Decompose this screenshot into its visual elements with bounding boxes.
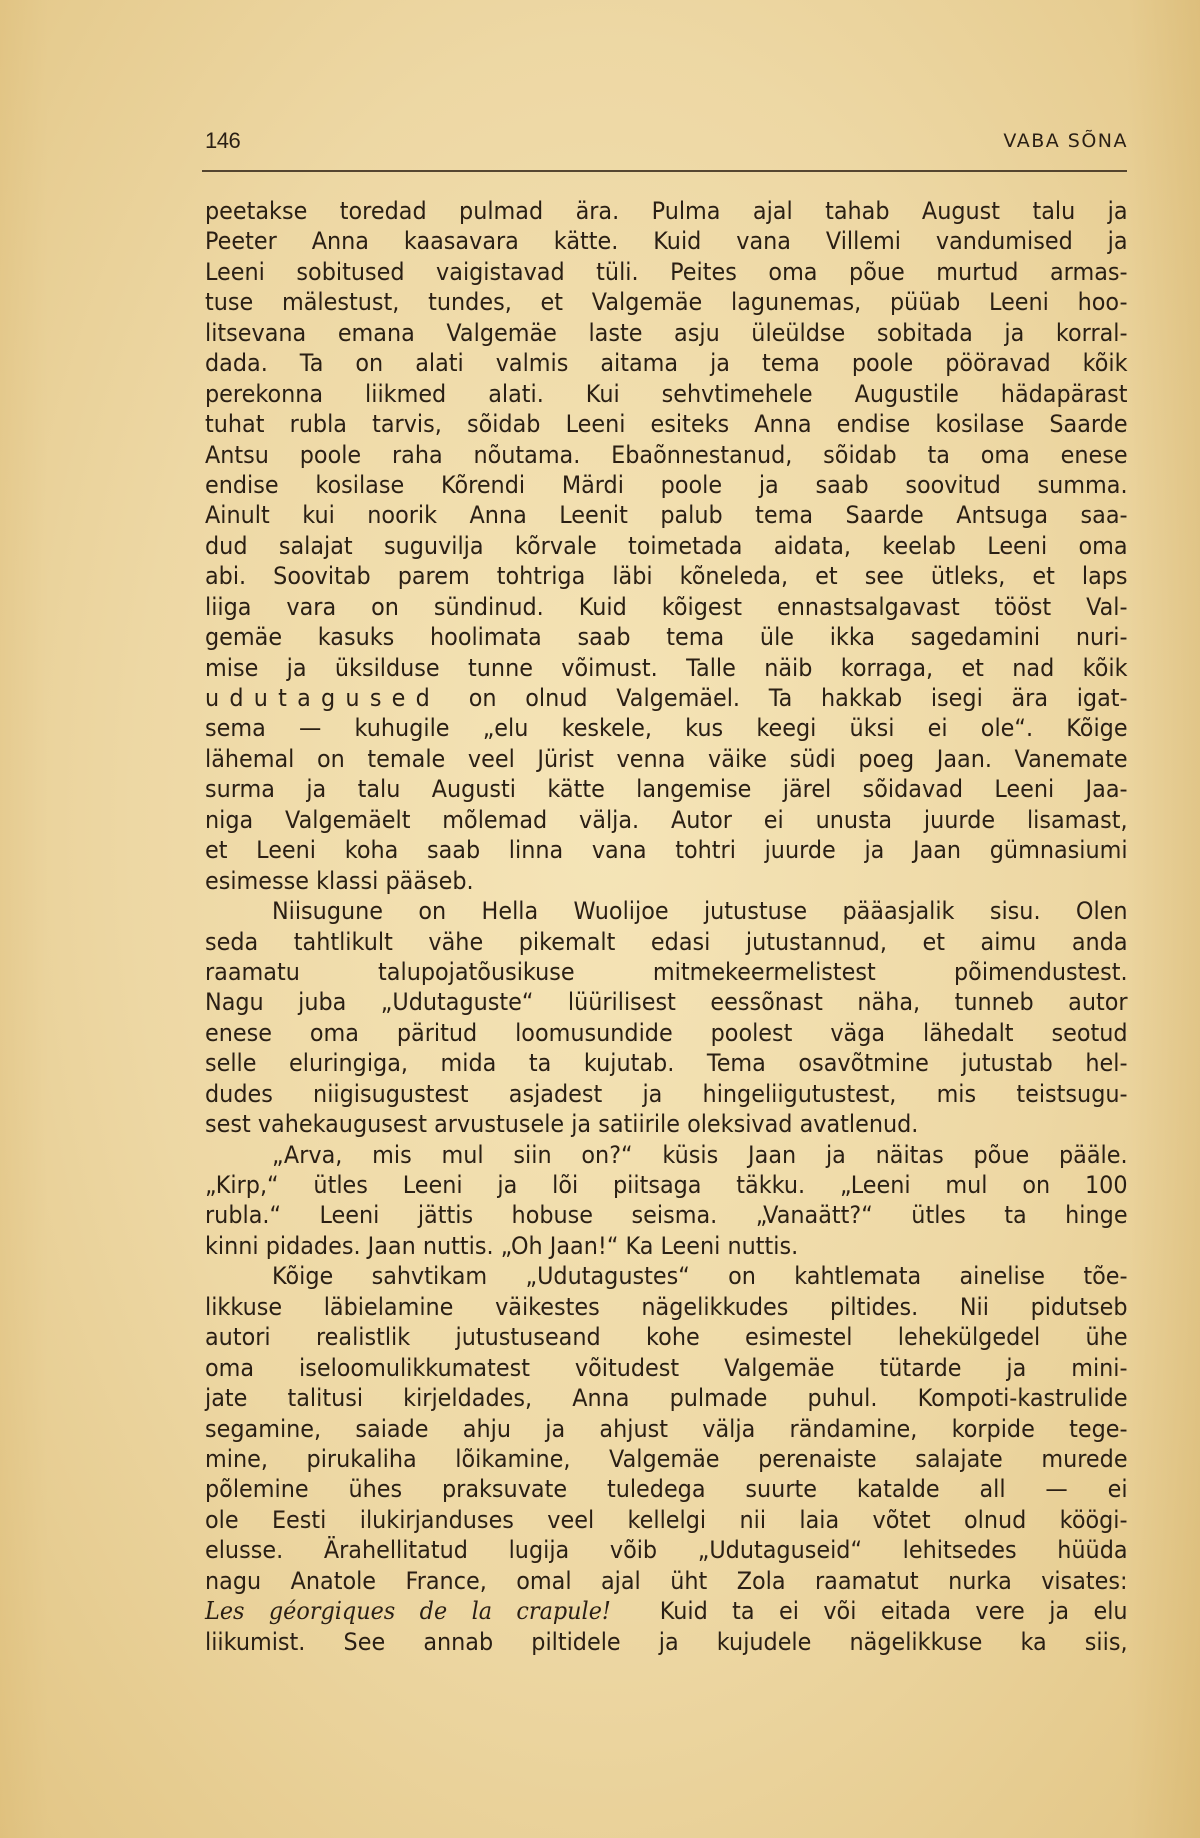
text-line: perekonna liikmed alati. Kui sehvtimehel… — [205, 379, 1128, 409]
text-line: sema — kuhugile „elu keskele, kus keegi … — [205, 713, 1128, 743]
text-line: likkuse läbielamine väikestes nägelikkud… — [205, 1292, 1128, 1322]
text-line: enese oma päritud loomusundide poolest v… — [205, 1018, 1128, 1048]
text-line: ole Eesti ilukirjanduses veel kellelgi n… — [205, 1505, 1128, 1535]
text-line: tuse mälestust, tundes, et Valgemäe lagu… — [205, 287, 1128, 317]
text-line: Peeter Anna kaasavara kätte. Kuid vana V… — [205, 226, 1128, 256]
paragraph-1: peetakse toredad pulmad ära. Pulma ajal … — [205, 196, 1128, 896]
text-line: liikumist. See annab piltidele ja kujude… — [205, 1627, 1128, 1657]
text-line: udutagused on olnud Valgemäel. Ta hakkab… — [205, 683, 1128, 713]
text-line: tuhat rubla tarvis, sõidab Leeni esiteks… — [205, 409, 1128, 439]
text-line: surma ja talu Augusti kätte langemise jä… — [205, 774, 1128, 804]
text-line: gemäe kasuks hoolimata saab tema üle ikk… — [205, 622, 1128, 652]
text-line: sest vahekaugusest arvustusele ja satiir… — [205, 1109, 1128, 1139]
italic-quote: Les géorgiques de la crapule! — [205, 1597, 611, 1625]
text-line: kinni pidades. Jaan nuttis. „Oh Jaan!“ K… — [205, 1231, 1128, 1261]
text-fragment: on olnud Valgemäel. Ta hakkab isegi ära … — [440, 684, 1128, 712]
text-line: seda tahtlikult vähe pikemalt edasi jutu… — [205, 927, 1128, 957]
text-line: „Kirp,“ ütles Leeni ja lõi piitsaga täkk… — [205, 1170, 1128, 1200]
text-line: nagu Anatole France, omal ajal üht Zola … — [205, 1566, 1128, 1596]
text-line: dud salajat suguvilja kõrvale toimetada … — [205, 531, 1128, 561]
paragraph-4: Kõige sahvtikam „Udutagustes“ on kahtlem… — [205, 1261, 1128, 1596]
text-line: mise ja üksilduse tunne võimust. Talle n… — [205, 653, 1128, 683]
text-line: selle eluringiga, mida ta kujutab. Tema … — [205, 1048, 1128, 1078]
text-fragment: Kuid ta ei või eitada vere ja elu — [660, 1597, 1128, 1625]
text-line: Kõige sahvtikam „Udutagustes“ on kahtlem… — [205, 1261, 1128, 1291]
text-line: peetakse toredad pulmad ära. Pulma ajal … — [205, 196, 1128, 226]
paragraph-2: Niisugune on Hella Wuolijoe jutustuse pä… — [205, 896, 1128, 1140]
text-line: esimesse klassi pääseb. — [205, 866, 1128, 896]
header-rule — [202, 170, 1127, 172]
text-line: litsevana emana Valgemäe laste asju üleü… — [205, 318, 1128, 348]
text-line: Niisugune on Hella Wuolijoe jutustuse pä… — [205, 896, 1128, 926]
document-page: 146 VABA SÕNA peetakse toredad pulmad är… — [0, 0, 1200, 1838]
text-line: et Leeni koha saab linna vana tohtri juu… — [205, 835, 1128, 865]
text-line: jate talitusi kirjeldades, Anna pulmade … — [205, 1383, 1128, 1413]
text-line: autori realistlik jutustuseand kohe esim… — [205, 1322, 1128, 1352]
text-line: Nagu juba „Udutaguste“ lüürilisest eessõ… — [205, 987, 1128, 1017]
text-line: Leeni sobitused vaigistavad tüli. Peites… — [205, 257, 1128, 287]
body-text: peetakse toredad pulmad ära. Pulma ajal … — [205, 196, 1128, 1657]
text-line: raamatu talupojatõusikuse mitmekeermelis… — [205, 957, 1128, 987]
page-header: 146 VABA SÕNA — [205, 128, 1128, 168]
text-line: endise kosilase Kõrendi Märdi poole ja s… — [205, 470, 1128, 500]
spaced-emphasis: udutagused — [205, 684, 440, 712]
text-line: Ainult kui noorik Anna Leenit palub tema… — [205, 500, 1128, 530]
text-line: dada. Ta on alati valmis aitama ja tema … — [205, 348, 1128, 378]
text-line: lähemal on temale veel Jürist venna väik… — [205, 744, 1128, 774]
text-line-mixed: Les géorgiques de la crapule! Kuid ta ei… — [205, 1596, 1128, 1626]
text-line: dudes niigisugustest asjadest ja hingeli… — [205, 1079, 1128, 1109]
text-line: oma iseloomulikkumatest võitudest Valgem… — [205, 1353, 1128, 1383]
paragraph-4-tail: Les géorgiques de la crapule! Kuid ta ei… — [205, 1596, 1128, 1657]
text-line: mine, pirukaliha lõikamine, Valgemäe per… — [205, 1444, 1128, 1474]
page-number: 146 — [205, 128, 240, 154]
text-line: abi. Soovitab parem tohtriga läbi kõnele… — [205, 561, 1128, 591]
text-line: liiga vara on sündinud. Kuid kõigest enn… — [205, 592, 1128, 622]
text-line: segamine, saiade ahju ja ahjust välja rä… — [205, 1414, 1128, 1444]
text-line: rubla.“ Leeni jättis hobuse seisma. „Van… — [205, 1200, 1128, 1230]
text-line: niga Valgemäelt mõlemad välja. Autor ei … — [205, 805, 1128, 835]
text-line: põlemine ühes praksuvate tuledega suurte… — [205, 1474, 1128, 1504]
text-line: elusse. Ärahellitatud lugija võib „Uduta… — [205, 1535, 1128, 1565]
paragraph-3: „Arva, mis mul siin on?“ küsis Jaan ja n… — [205, 1140, 1128, 1262]
text-line: „Arva, mis mul siin on?“ küsis Jaan ja n… — [205, 1140, 1128, 1170]
running-title: VABA SÕNA — [1003, 130, 1128, 152]
text-line: Antsu poole raha nõutama. Ebaõnnestanud,… — [205, 440, 1128, 470]
